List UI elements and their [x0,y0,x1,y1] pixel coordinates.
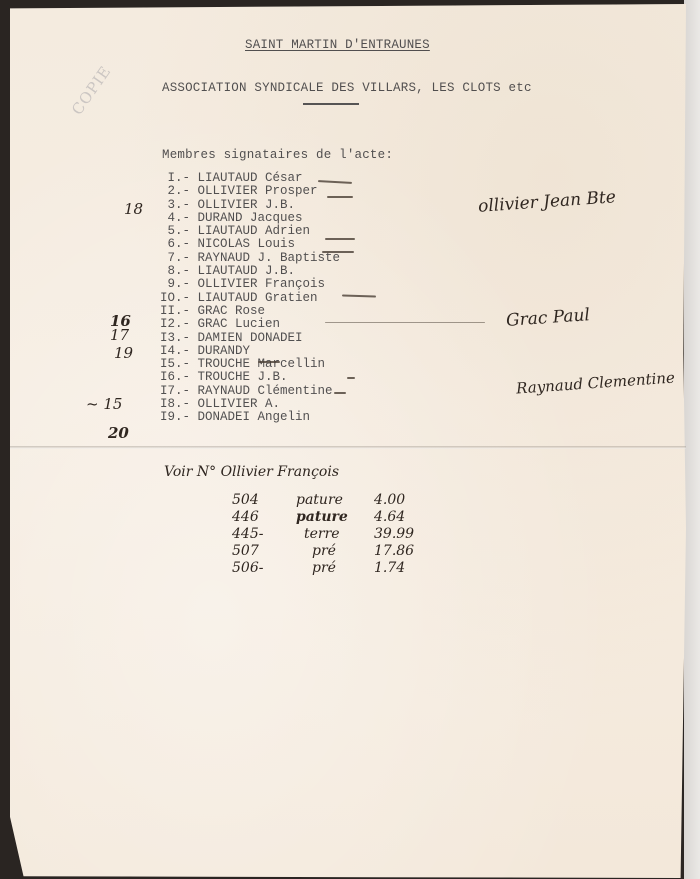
parcel-type: pré [312,543,336,559]
member-number: I8.- [150,398,190,411]
member-number: 5.- [150,225,190,238]
member-name: RAYNAUD J. Baptiste [198,251,341,265]
member-row: I3.- DAMIEN DONADEI [150,332,340,345]
member-number: I2.- [150,318,190,331]
member-row: 7.- RAYNAUD J. Baptiste [150,252,340,265]
member-number: 2.- [150,185,190,198]
member-number: I5.- [150,358,190,371]
member-number: II.- [150,305,190,318]
parcel-area: 1.74 [374,560,405,576]
member-row: 2.- OLLIVIER Prosper [150,185,340,198]
parcel-number: 506- [232,560,263,576]
member-row: 9.- OLLIVIER François [150,278,340,291]
parcel-area: 4.00 [374,492,405,508]
members-label: Membres signataires de l'acte: [162,148,393,162]
member-name: DAMIEN DONADEI [198,331,303,345]
margin-number: ~ 15 [86,395,122,413]
member-row: 5.- LIAUTAUD Adrien [150,225,340,238]
member-row: I7.- RAYNAUD Clémentine [150,385,340,398]
parcel-number: 507 [232,543,259,559]
note-heading: Voir N° Ollivier François [164,464,339,480]
member-row: I5.- TROUCHE Marcellin [150,358,340,371]
member-name: DURANDY [198,344,251,358]
tick-mark [258,361,280,363]
member-name: DURAND Jacques [198,211,303,225]
member-name: LIAUTAUD César [198,171,303,185]
member-list: I.- LIAUTAUD César 2.- OLLIVIER Prosper … [150,172,340,425]
member-number: 4.- [150,212,190,225]
tick-mark [325,238,355,240]
member-row: I.- LIAUTAUD César [150,172,340,185]
member-name: TROUCHE J.B. [198,370,288,384]
member-number: I4.- [150,345,190,358]
member-number: I.- [150,172,190,185]
member-name: OLLIVIER Prosper [198,184,318,198]
member-number: IO.- [150,292,190,305]
title-rule-divider [303,103,359,105]
member-name: NICOLAS Louis [198,237,296,251]
parcel-number: 504 [232,492,259,508]
tick-mark [322,251,354,253]
member-number: 8.- [150,265,190,278]
member-number: I3.- [150,332,190,345]
tick-mark [325,322,485,323]
member-row: 6.- NICOLAS Louis [150,238,340,251]
tick-mark [327,196,353,198]
member-row: I2.- GRAC Lucien [150,318,340,331]
member-row: 8.- LIAUTAUD J.B. [150,265,340,278]
parcel-type: pature [296,509,348,525]
tick-mark [347,377,355,379]
margin-number: 17 [110,326,129,344]
member-name: GRAC Lucien [198,317,281,331]
member-number: 7.- [150,252,190,265]
document-title: SAINT MARTIN D'ENTRAUNES [245,38,430,52]
parcel-number: 446 [232,509,259,525]
member-row: I9.- DONADEI Angelin [150,411,340,424]
member-row: I4.- DURANDY [150,345,340,358]
member-number: I6.- [150,371,190,384]
parcel-number: 445- [232,526,263,542]
member-name: LIAUTAUD Gratien [198,291,318,305]
parcel-area: 4.64 [374,509,405,525]
member-name: LIAUTAUD J.B. [198,264,296,278]
member-name: OLLIVIER François [198,277,326,291]
member-name: DONADEI Angelin [198,410,311,424]
member-name: RAYNAUD Clémentine [198,384,333,398]
member-name: OLLIVIER A. [198,397,281,411]
document-subtitle: ASSOCIATION SYNDICALE DES VILLARS, LES C… [162,81,532,95]
member-row: II.- GRAC Rose [150,305,340,318]
member-number: I9.- [150,411,190,424]
member-number: 3.- [150,199,190,212]
member-row: I8.- OLLIVIER A. [150,398,340,411]
parcel-type: pré [312,560,336,576]
member-name: OLLIVIER J.B. [198,198,296,212]
member-number: 6.- [150,238,190,251]
parcel-type: terre [304,526,340,542]
member-row: IO.- LIAUTAUD Gratien [150,292,340,305]
member-name: TROUCHE Marcellin [198,357,326,371]
margin-number: 19 [114,344,133,362]
member-row: 3.- OLLIVIER J.B. [150,199,340,212]
member-row: I6.- TROUCHE J.B. [150,371,340,384]
scanner-background [684,0,700,879]
member-name: GRAC Rose [198,304,266,318]
member-number: I7.- [150,385,190,398]
parcel-type: pature [296,492,343,508]
margin-number: 20 [108,424,129,442]
paper-fold-line [10,446,686,449]
member-name: LIAUTAUD Adrien [198,224,311,238]
parcel-area: 17.86 [374,543,414,559]
member-row: 4.- DURAND Jacques [150,212,340,225]
parcel-area: 39.99 [374,526,414,542]
margin-number: 18 [124,200,143,218]
member-number: 9.- [150,278,190,291]
tick-mark [334,392,346,394]
